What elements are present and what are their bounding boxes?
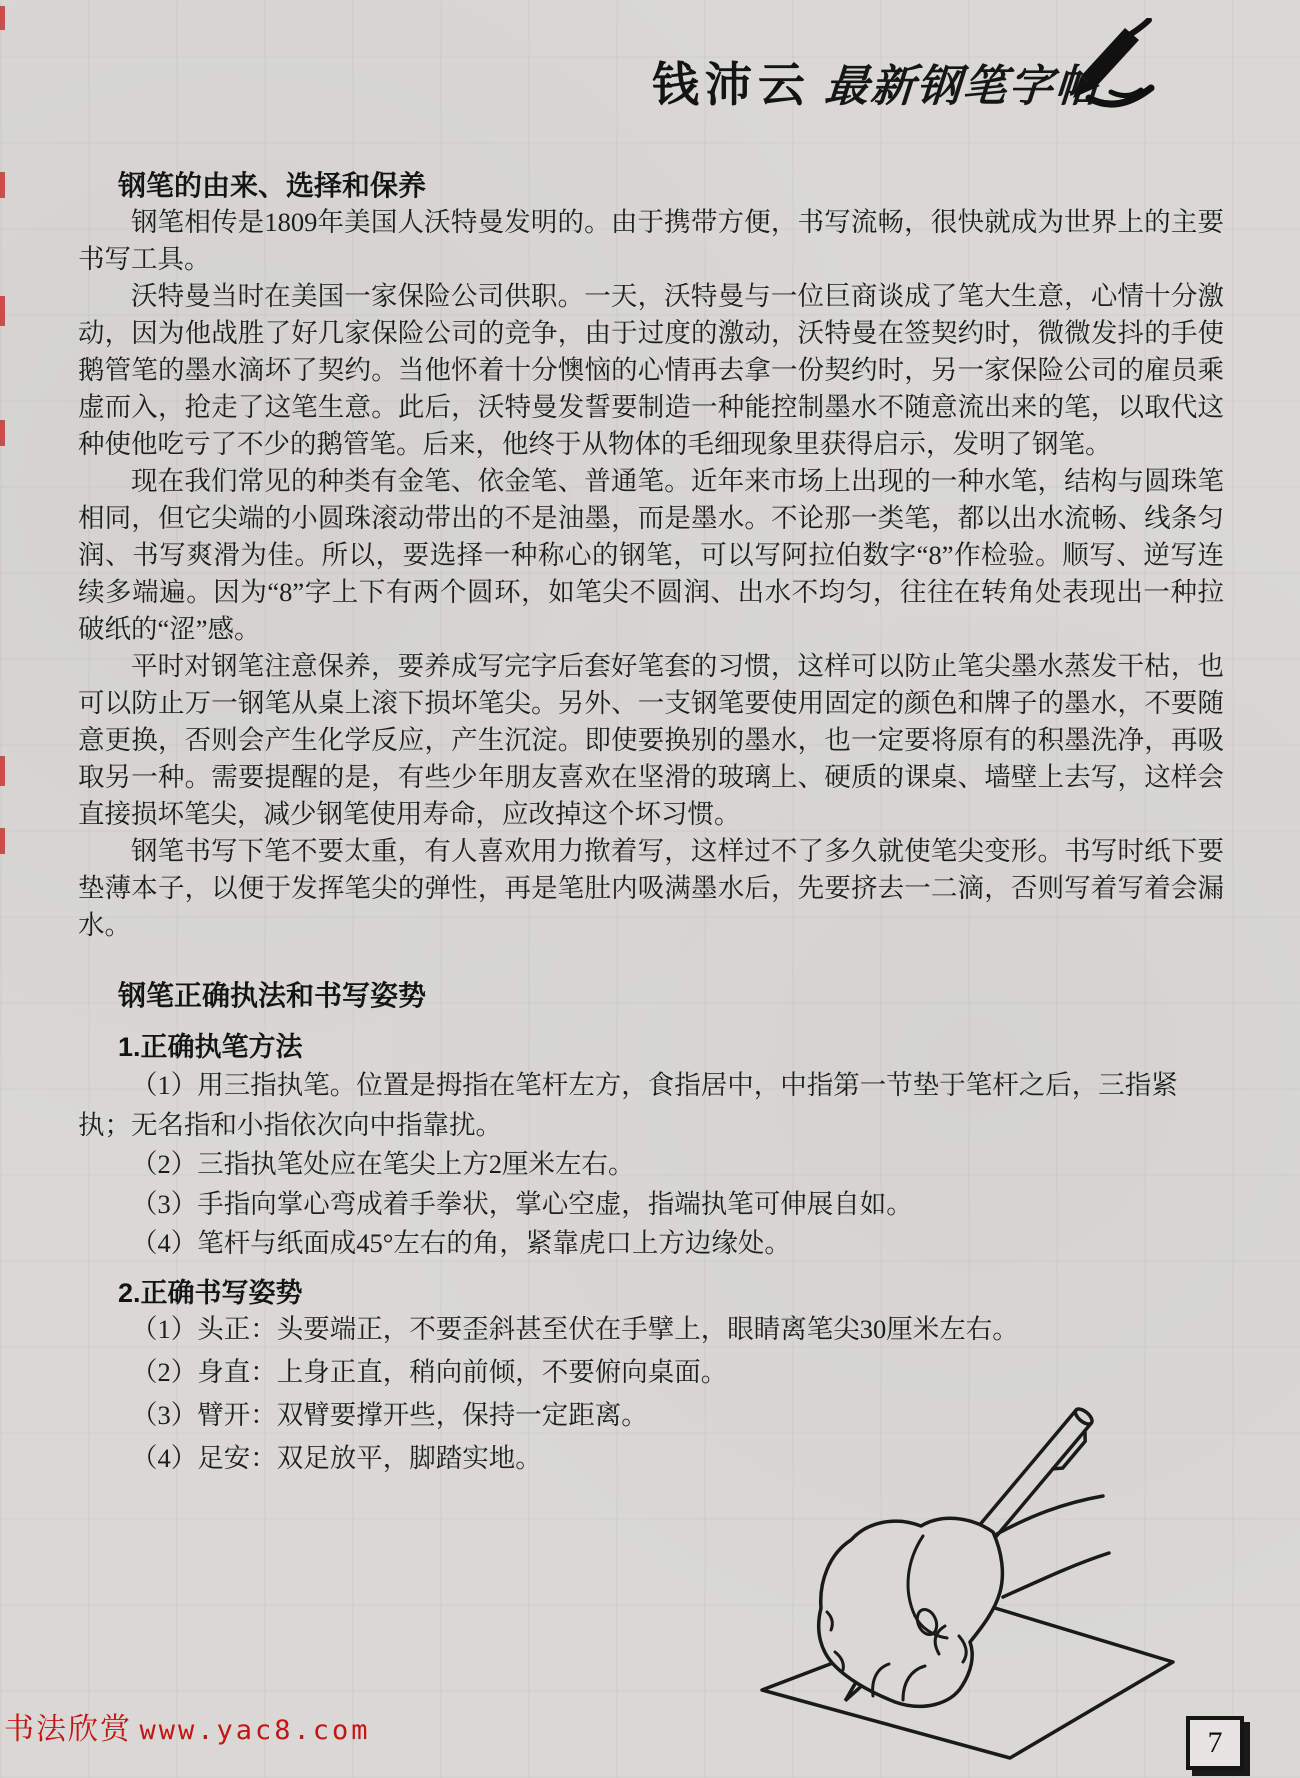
scanned-copybook-page: 钱沛云 最新钢笔字帖 钢笔的由来、选择和保养 钢笔相传是1809年美国人沃特曼发… [0, 0, 1300, 1778]
series-title: 最新钢笔字帖 [823, 50, 1103, 114]
wrist-lines [995, 1496, 1109, 1597]
left-edge-red-mark [0, 420, 5, 446]
list-item: （2）三指执笔处应在笔尖上方2厘米左右。 [78, 1145, 1224, 1185]
watermark-url: www.yac8.com [140, 1715, 371, 1746]
list-item: （3）手指向掌心弯成着手拳状，掌心空虚，指端执笔可伸展自如。 [78, 1185, 1224, 1225]
watermark: 书法欣赏 www.yac8.com [4, 1704, 371, 1748]
section1-body: 钢笔相传是1809年美国人沃特曼发明的。由于携带方便，书写流畅，很快就成为世界上… [78, 204, 1224, 944]
left-edge-red-mark [0, 6, 5, 30]
hand-outline [819, 1518, 1003, 1706]
paragraph: 钢笔相传是1809年美国人沃特曼发明的。由于携带方便，书写流畅，很快就成为世界上… [78, 204, 1224, 278]
list-item: （2）身直：上身正直，稍向前倾，不要俯向桌面。 [78, 1351, 1224, 1394]
list-item: （1）用三指执笔。位置是拇指在笔杆左方，食指居中，中指第一节垫于笔杆之后，三指紧… [78, 1066, 1224, 1145]
watermark-site-name: 书法欣赏 [4, 1713, 132, 1746]
author-name: 钱沛云 [652, 48, 811, 115]
subsection2-heading: 2.正确书写姿势 [118, 1271, 303, 1310]
section1-heading: 钢笔的由来、选择和保养 [118, 164, 426, 204]
paragraph: 沃特曼当时在美国一家保险公司供职。一天，沃特曼与一位巨商谈成了笔大生意，心情十分… [78, 278, 1224, 463]
grip-method-list: （1）用三指执笔。位置是拇指在笔杆左方，食指居中，中指第一节垫于笔杆之后，三指紧… [78, 1066, 1224, 1264]
writing-hand-pen-icon [1066, 18, 1158, 110]
hand-holding-pen-illustration [755, 1390, 1185, 1770]
left-edge-red-mark [0, 172, 5, 198]
list-item: （4）笔杆与纸面成45°左右的角，紧靠虎口上方边缘处。 [78, 1224, 1224, 1264]
page-number: 7 [1208, 1726, 1223, 1760]
page-number-box: 7 [1186, 1716, 1244, 1770]
paragraph: 钢笔书写下笔不要太重，有人喜欢用力揿着写，这样过不了多久就使笔尖变形。书写时纸下… [78, 833, 1224, 944]
left-edge-red-mark [0, 296, 5, 326]
paragraph: 平时对钢笔注意保养，要养成写完字后套好笔套的习惯，这样可以防止笔尖墨水蒸发干枯，… [78, 648, 1224, 833]
paragraph: 现在我们常见的种类有金笔、依金笔、普通笔。近年来市场上出现的一种水笔，结构与圆珠… [78, 463, 1224, 648]
subsection1-heading: 1.正确执笔方法 [118, 1025, 303, 1064]
left-edge-red-mark [0, 756, 5, 786]
section2-heading: 钢笔正确执法和书写姿势 [118, 974, 426, 1014]
list-item: （1）头正：头要端正，不要歪斜甚至伏在手擘上，眼睛离笔尖30厘米左右。 [78, 1308, 1224, 1351]
left-edge-red-mark [0, 828, 5, 854]
